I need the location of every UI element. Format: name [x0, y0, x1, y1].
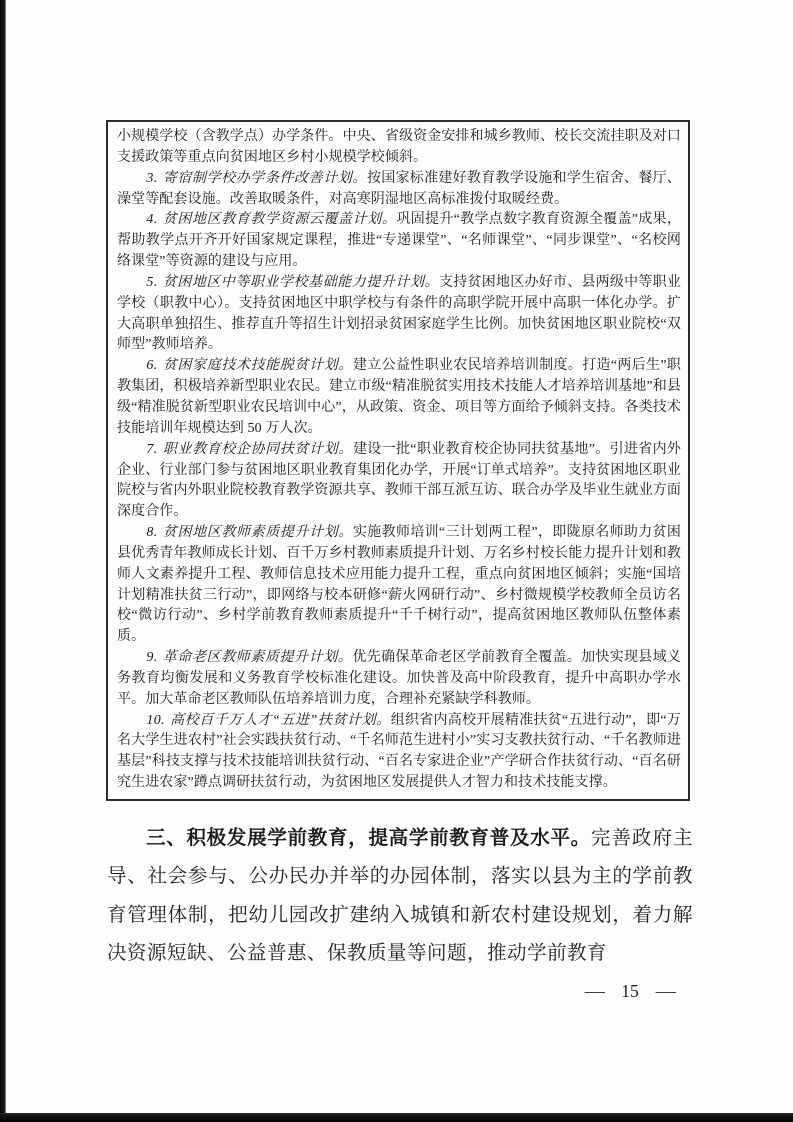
plan-item-title: 革命老区教师素质提升计划。 [163, 650, 353, 665]
plan-item-number: 8. [146, 525, 157, 540]
plan-item-number: 7. [146, 442, 157, 457]
plan-item-number: 10. [146, 713, 165, 728]
plan-item: 9.革命老区教师素质提升计划。优先确保革命老区学前教育全覆盖。加快实现县域义务教… [117, 648, 681, 711]
plan-item: 6.贫困家庭技术技能脱贫计划。建立公益性职业农民培养培训制度。打造“两后生”职教… [117, 356, 681, 439]
plan-items-box: 小规模学校（含教学点）办学条件。中央、省级资金安排和城乡教师、校长交流挂职及对口… [106, 120, 690, 801]
plan-item-heading: 4.贫困地区教育教学资源云覆盖计划。 [146, 212, 396, 227]
plan-item-title: 职业教育校企协同扶贫计划。 [163, 442, 353, 457]
plan-item-title: 贫困地区教育教学资源云覆盖计划。 [163, 212, 397, 227]
scan-edge-left [0, 0, 6, 1122]
plan-item-number: 4. [146, 212, 157, 227]
plan-item-title: 贫困地区教师素质提升计划。 [163, 525, 353, 540]
plan-item-heading: 10.高校百千万人才“五进”扶贫计划。 [146, 713, 390, 728]
plan-items-list: 3.寄宿制学校办学条件改善计划。按国家标准建好教育教学设施和学生宿舍、餐厅、澡堂… [117, 169, 681, 794]
plan-item: 7.职业教育校企协同扶贫计划。建设一批“职业教育校企协同扶贫基地”。引进省内外企… [117, 440, 681, 523]
plan-item-number: 6. [146, 358, 157, 373]
scan-edge-bottom [0, 1113, 793, 1122]
plan-item-heading: 6.贫困家庭技术技能脱贫计划。 [146, 358, 353, 373]
plan-item-title: 寄宿制学校办学条件改善计划。 [163, 171, 367, 186]
plan-item-title: 贫困家庭技术技能脱贫计划。 [163, 358, 353, 373]
scanned-document-page: 小规模学校（含教学点）办学条件。中央、省级资金安排和城乡教师、校长交流挂职及对口… [0, 0, 793, 1122]
plan-item-number: 5. [146, 275, 157, 290]
plan-item-number: 9. [146, 650, 157, 665]
plan-item-heading: 3.寄宿制学校办学条件改善计划。 [146, 171, 367, 186]
plan-item-heading: 8.贫困地区教师素质提升计划。 [146, 525, 353, 540]
plan-item-title: 高校百千万人才“五进”扶贫计划。 [170, 713, 391, 728]
continuation-paragraph: 小规模学校（含教学点）办学条件。中央、省级资金安排和城乡教师、校长交流挂职及对口… [117, 127, 681, 169]
plan-item: 3.寄宿制学校办学条件改善计划。按国家标准建好教育教学设施和学生宿舍、餐厅、澡堂… [117, 169, 681, 211]
plan-item-body: 实施教师培训“三计划两工程”，即陇原名师助力贫困县优秀青年教师成长计划、百千万乡… [117, 525, 681, 644]
plan-item-title: 贫困地区中等职业学校基础能力提升计划。 [163, 275, 439, 290]
plan-item-number: 3. [146, 171, 157, 186]
plan-item-heading: 5.贫困地区中等职业学校基础能力提升计划。 [146, 275, 439, 290]
page-number: — 15 — [586, 981, 674, 1002]
plan-item: 8.贫困地区教师素质提升计划。实施教师培训“三计划两工程”，即陇原名师助力贫困县… [117, 523, 681, 648]
plan-item: 10.高校百千万人才“五进”扶贫计划。组织省内高校开展精准扶贫“五进行动”，即“… [117, 711, 681, 794]
section-heading: 三、积极发展学前教育，提高学前教育普及水平。 [146, 826, 591, 849]
page-number-dash-left: — [585, 981, 605, 1002]
section-paragraph: 三、积极发展学前教育，提高学前教育普及水平。完善政府主导、社会参与、公办民办并举… [107, 819, 693, 973]
plan-item: 5.贫困地区中等职业学校基础能力提升计划。支持贫困地区办好市、县两级中等职业学校… [117, 273, 681, 356]
plan-item-heading: 7.职业教育校企协同扶贫计划。 [146, 442, 353, 457]
page-number-dash-right: — [655, 981, 675, 1002]
plan-item-heading: 9.革命老区教师素质提升计划。 [146, 650, 352, 665]
page-number-value: 15 [621, 981, 639, 1002]
plan-item: 4.贫困地区教育教学资源云覆盖计划。巩固提升“教学点数字教育资源全覆盖”成果，帮… [117, 210, 681, 273]
